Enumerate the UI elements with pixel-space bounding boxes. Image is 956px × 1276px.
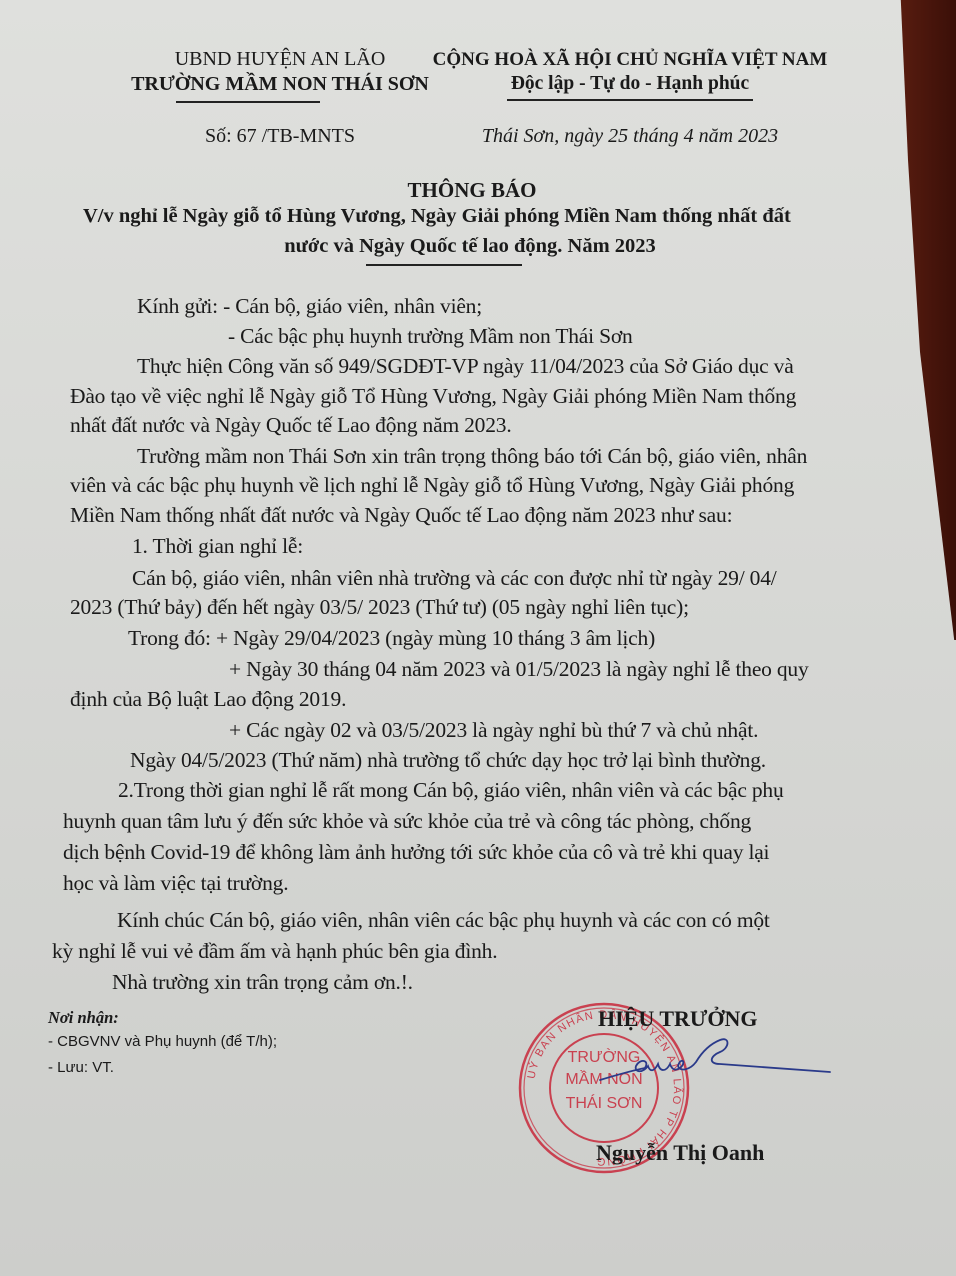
body-line: định của Bộ luật Lao động 2019. [70,687,346,712]
body-line: Miền Nam thống nhất đất nước và Ngày Quố… [70,503,732,528]
subject-underline [366,264,522,266]
handwritten-signature [580,1030,840,1100]
body-line: dịch bệnh Covid-19 để không làm ảnh hưởn… [63,840,769,865]
body-line: Ngày 04/5/2023 (Thứ năm) nhà trường tổ c… [130,748,766,773]
document-heading: THÔNG BÁO [0,178,950,203]
national-title: CỘNG HOÀ XÃ HỘI CHỦ NGHĨA VIỆT NAM [415,49,845,71]
body-line: Nhà trường xin trân trọng cảm ơn.!. [112,970,413,995]
body-line: Kính gửi: - Cán bộ, giáo viên, nhân viên… [137,294,482,319]
recipients-label: Nơi nhận: [48,1008,119,1028]
body-line: - Các bậc phụ huynh trường Mầm non Thái … [228,324,633,349]
body-line: 1. Thời gian nghỉ lễ: [132,534,303,559]
body-line: học và làm việc tại trường. [63,871,288,896]
signer-name: Nguyễn Thị Oanh [596,1140,764,1166]
body-line: Đào tạo về việc nghỉ lễ Ngày giỗ Tổ Hùng… [70,384,796,409]
body-line: Kính chúc Cán bộ, giáo viên, nhân viên c… [117,908,770,933]
body-line: kỳ nghỉ lễ vui vẻ đầm ấm và hạnh phúc bê… [52,939,497,964]
school-name-underline [176,101,320,103]
body-line: Cán bộ, giáo viên, nhân viên nhà trường … [132,566,777,591]
body-line: nhất đất nước và Ngày Quốc tế Lao động n… [70,413,512,438]
recipient-item: - CBGVNV và Phụ huynh (để T/h); [48,1033,277,1050]
body-line: Trường mầm non Thái Sơn xin trân trọng t… [137,444,807,469]
national-motto: Độc lập - Tự do - Hạnh phúc [415,73,845,95]
place-date: Thái Sơn, ngày 25 tháng 4 năm 2023 [415,125,845,148]
body-line: + Các ngày 02 và 03/5/2023 là ngày nghỉ … [229,718,758,743]
recipient-item: - Lưu: VT. [48,1059,114,1076]
body-line: viên và các bậc phụ huynh về lịch nghỉ l… [70,473,794,498]
body-line: huynh quan tâm lưu ý đến sức khỏe và sức… [63,809,751,834]
body-line: + Ngày 30 tháng 04 năm 2023 và 01/5/2023… [229,657,809,682]
signer-title: HIỆU TRƯỞNG [598,1006,758,1032]
body-line: 2023 (Thứ bảy) đến hết ngày 03/5/ 2023 (… [70,595,689,620]
motto-underline [507,99,753,101]
document-subject-line2: nước và Ngày Quốc tế lao động. Năm 2023 [0,235,948,258]
body-line: Trong đó: + Ngày 29/04/2023 (ngày mùng 1… [128,626,655,651]
body-line: Thực hiện Công văn số 949/SGDĐT-VP ngày … [137,354,794,379]
document-subject-line1: V/v nghỉ lễ Ngày giỗ tổ Hùng Vương, Ngày… [83,205,791,228]
body-line: 2.Trong thời gian nghỉ lễ rất mong Cán b… [118,778,784,803]
